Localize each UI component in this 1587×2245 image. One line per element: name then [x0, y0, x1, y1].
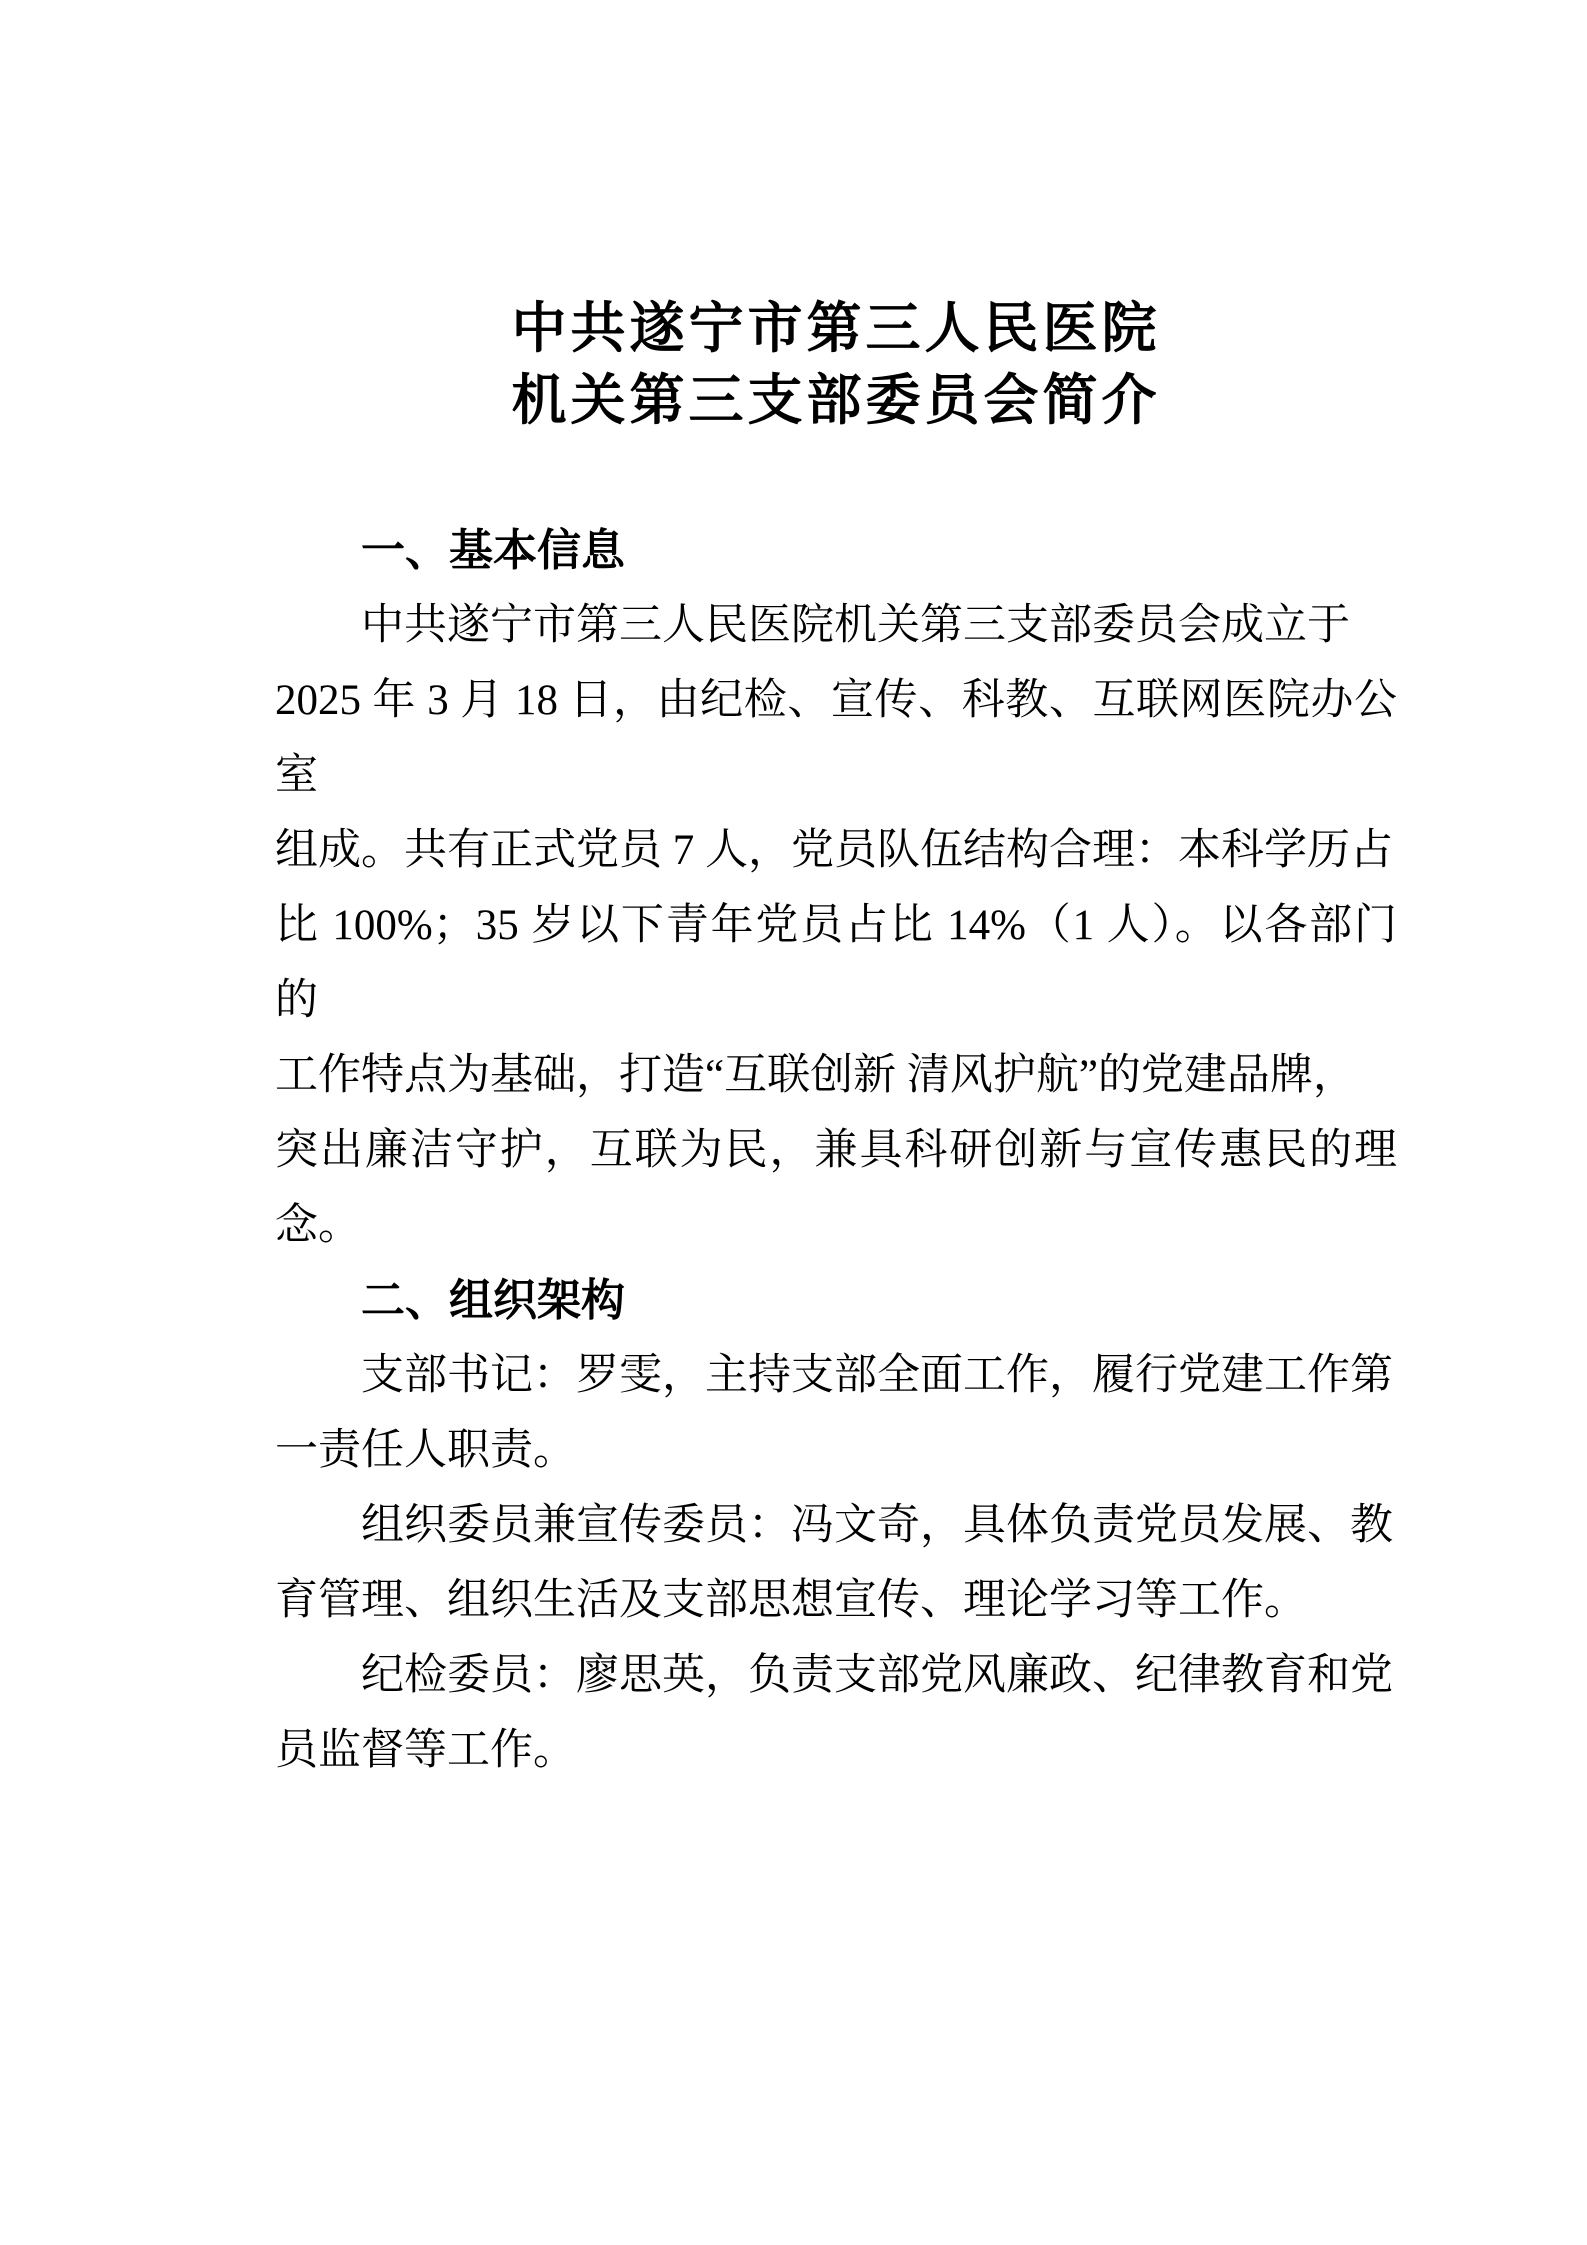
section-heading-org-structure: 二、组织架构 — [275, 1263, 1397, 1338]
paragraph-organization-propaganda-member: 组织委员兼宣传委员：冯文奇，具体负责党员发展、教 育管理、组织生活及支部思想宣传… — [275, 1488, 1397, 1638]
document-title: 中共遂宁市第三人民医院 机关第三支部委员会简介 — [275, 0, 1397, 436]
document-body: 一、基本信息 中共遂宁市第三人民医院机关第三支部委员会成立于 2025 年 3 … — [275, 513, 1397, 1788]
paragraph-branch-secretary: 支部书记：罗雯，主持支部全面工作，履行党建工作第 一责任人职责。 — [275, 1338, 1397, 1488]
document-page: 中共遂宁市第三人民医院 机关第三支部委员会简介 一、基本信息 中共遂宁市第三人民… — [0, 0, 1587, 2245]
paragraph-discipline-inspection-member: 纪检委员：廖思英，负责支部党风廉政、纪律教育和党 员监督等工作。 — [275, 1638, 1397, 1788]
paragraph-basic-info: 中共遂宁市第三人民医院机关第三支部委员会成立于 2025 年 3 月 18 日，… — [275, 588, 1397, 1263]
section-heading-basic-info: 一、基本信息 — [275, 513, 1397, 588]
